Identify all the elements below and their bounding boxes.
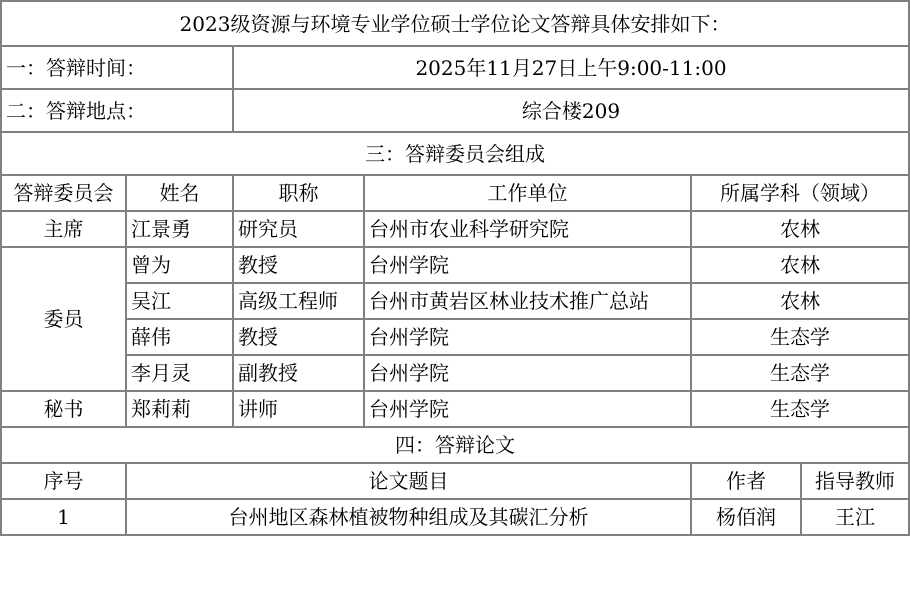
table-row: 主席 江景勇 研究员 台州市农业科学研究院 农林: [1, 211, 909, 247]
member-unit: 台州学院: [364, 355, 691, 391]
role-secretary: 秘书: [1, 391, 126, 427]
table-row: 吴江 高级工程师 台州市黄岩区林业技术推广总站 农林: [1, 283, 909, 319]
theses-section-title: 四：答辩论文: [1, 427, 909, 463]
thesis-topic: 台州地区森林植被物种组成及其碳汇分析: [126, 499, 691, 535]
table-row: 李月灵 副教授 台州学院 生态学: [1, 355, 909, 391]
document-title: 2023级资源与环境专业学位硕士学位论文答辩具体安排如下：: [1, 1, 909, 46]
member-name: 郑莉莉: [126, 391, 233, 427]
member-field: 生态学: [691, 391, 909, 427]
member-title: 教授: [233, 319, 364, 355]
title-row: 2023级资源与环境专业学位硕士学位论文答辩具体安排如下：: [1, 1, 909, 46]
header-author: 作者: [691, 463, 801, 499]
thesis-advisor: 王江: [801, 499, 909, 535]
table-row: 秘书 郑莉莉 讲师 台州学院 生态学: [1, 391, 909, 427]
table-row: 委员 曾为 教授 台州学院 农林: [1, 247, 909, 283]
header-unit: 工作单位: [364, 175, 691, 211]
defense-location-value: 综合楼209: [233, 89, 909, 132]
member-unit: 台州学院: [364, 319, 691, 355]
header-name: 姓名: [126, 175, 233, 211]
member-field: 农林: [691, 247, 909, 283]
header-topic: 论文题目: [126, 463, 691, 499]
member-field: 农林: [691, 211, 909, 247]
committee-section-row: 三：答辩委员会组成: [1, 132, 909, 175]
thesis-no: 1: [1, 499, 126, 535]
member-title: 研究员: [233, 211, 364, 247]
defense-time-value: 2025年11月27日上午9:00-11:00: [233, 46, 909, 89]
committee-section-title: 三：答辩委员会组成: [1, 132, 909, 175]
table-row: 1 台州地区森林植被物种组成及其碳汇分析 杨佰润 王江: [1, 499, 909, 535]
member-name: 江景勇: [126, 211, 233, 247]
member-field: 农林: [691, 283, 909, 319]
member-field: 生态学: [691, 355, 909, 391]
header-title: 职称: [233, 175, 364, 211]
defense-schedule-table: 2023级资源与环境专业学位硕士学位论文答辩具体安排如下： 一：答辩时间： 20…: [0, 0, 910, 536]
member-unit: 台州市农业科学研究院: [364, 211, 691, 247]
defense-location-row: 二：答辩地点： 综合楼209: [1, 89, 909, 132]
committee-header-row: 答辩委员会 姓名 职称 工作单位 所属学科（领域）: [1, 175, 909, 211]
thesis-author: 杨佰润: [691, 499, 801, 535]
defense-time-row: 一：答辩时间： 2025年11月27日上午9:00-11:00: [1, 46, 909, 89]
table-row: 薛伟 教授 台州学院 生态学: [1, 319, 909, 355]
member-unit: 台州学院: [364, 247, 691, 283]
header-no: 序号: [1, 463, 126, 499]
defense-location-label: 二：答辩地点：: [1, 89, 233, 132]
header-advisor: 指导教师: [801, 463, 909, 499]
member-name: 吴江: [126, 283, 233, 319]
theses-section-row: 四：答辩论文: [1, 427, 909, 463]
member-title: 高级工程师: [233, 283, 364, 319]
member-name: 曾为: [126, 247, 233, 283]
member-title: 副教授: [233, 355, 364, 391]
role-member: 委员: [1, 247, 126, 391]
member-field: 生态学: [691, 319, 909, 355]
member-unit: 台州学院: [364, 391, 691, 427]
member-title: 讲师: [233, 391, 364, 427]
member-title: 教授: [233, 247, 364, 283]
member-name: 薛伟: [126, 319, 233, 355]
header-field: 所属学科（领域）: [691, 175, 909, 211]
member-name: 李月灵: [126, 355, 233, 391]
role-chair: 主席: [1, 211, 126, 247]
theses-header-row: 序号 论文题目 作者 指导教师: [1, 463, 909, 499]
header-committee: 答辩委员会: [1, 175, 126, 211]
defense-time-label: 一：答辩时间：: [1, 46, 233, 89]
member-unit: 台州市黄岩区林业技术推广总站: [364, 283, 691, 319]
